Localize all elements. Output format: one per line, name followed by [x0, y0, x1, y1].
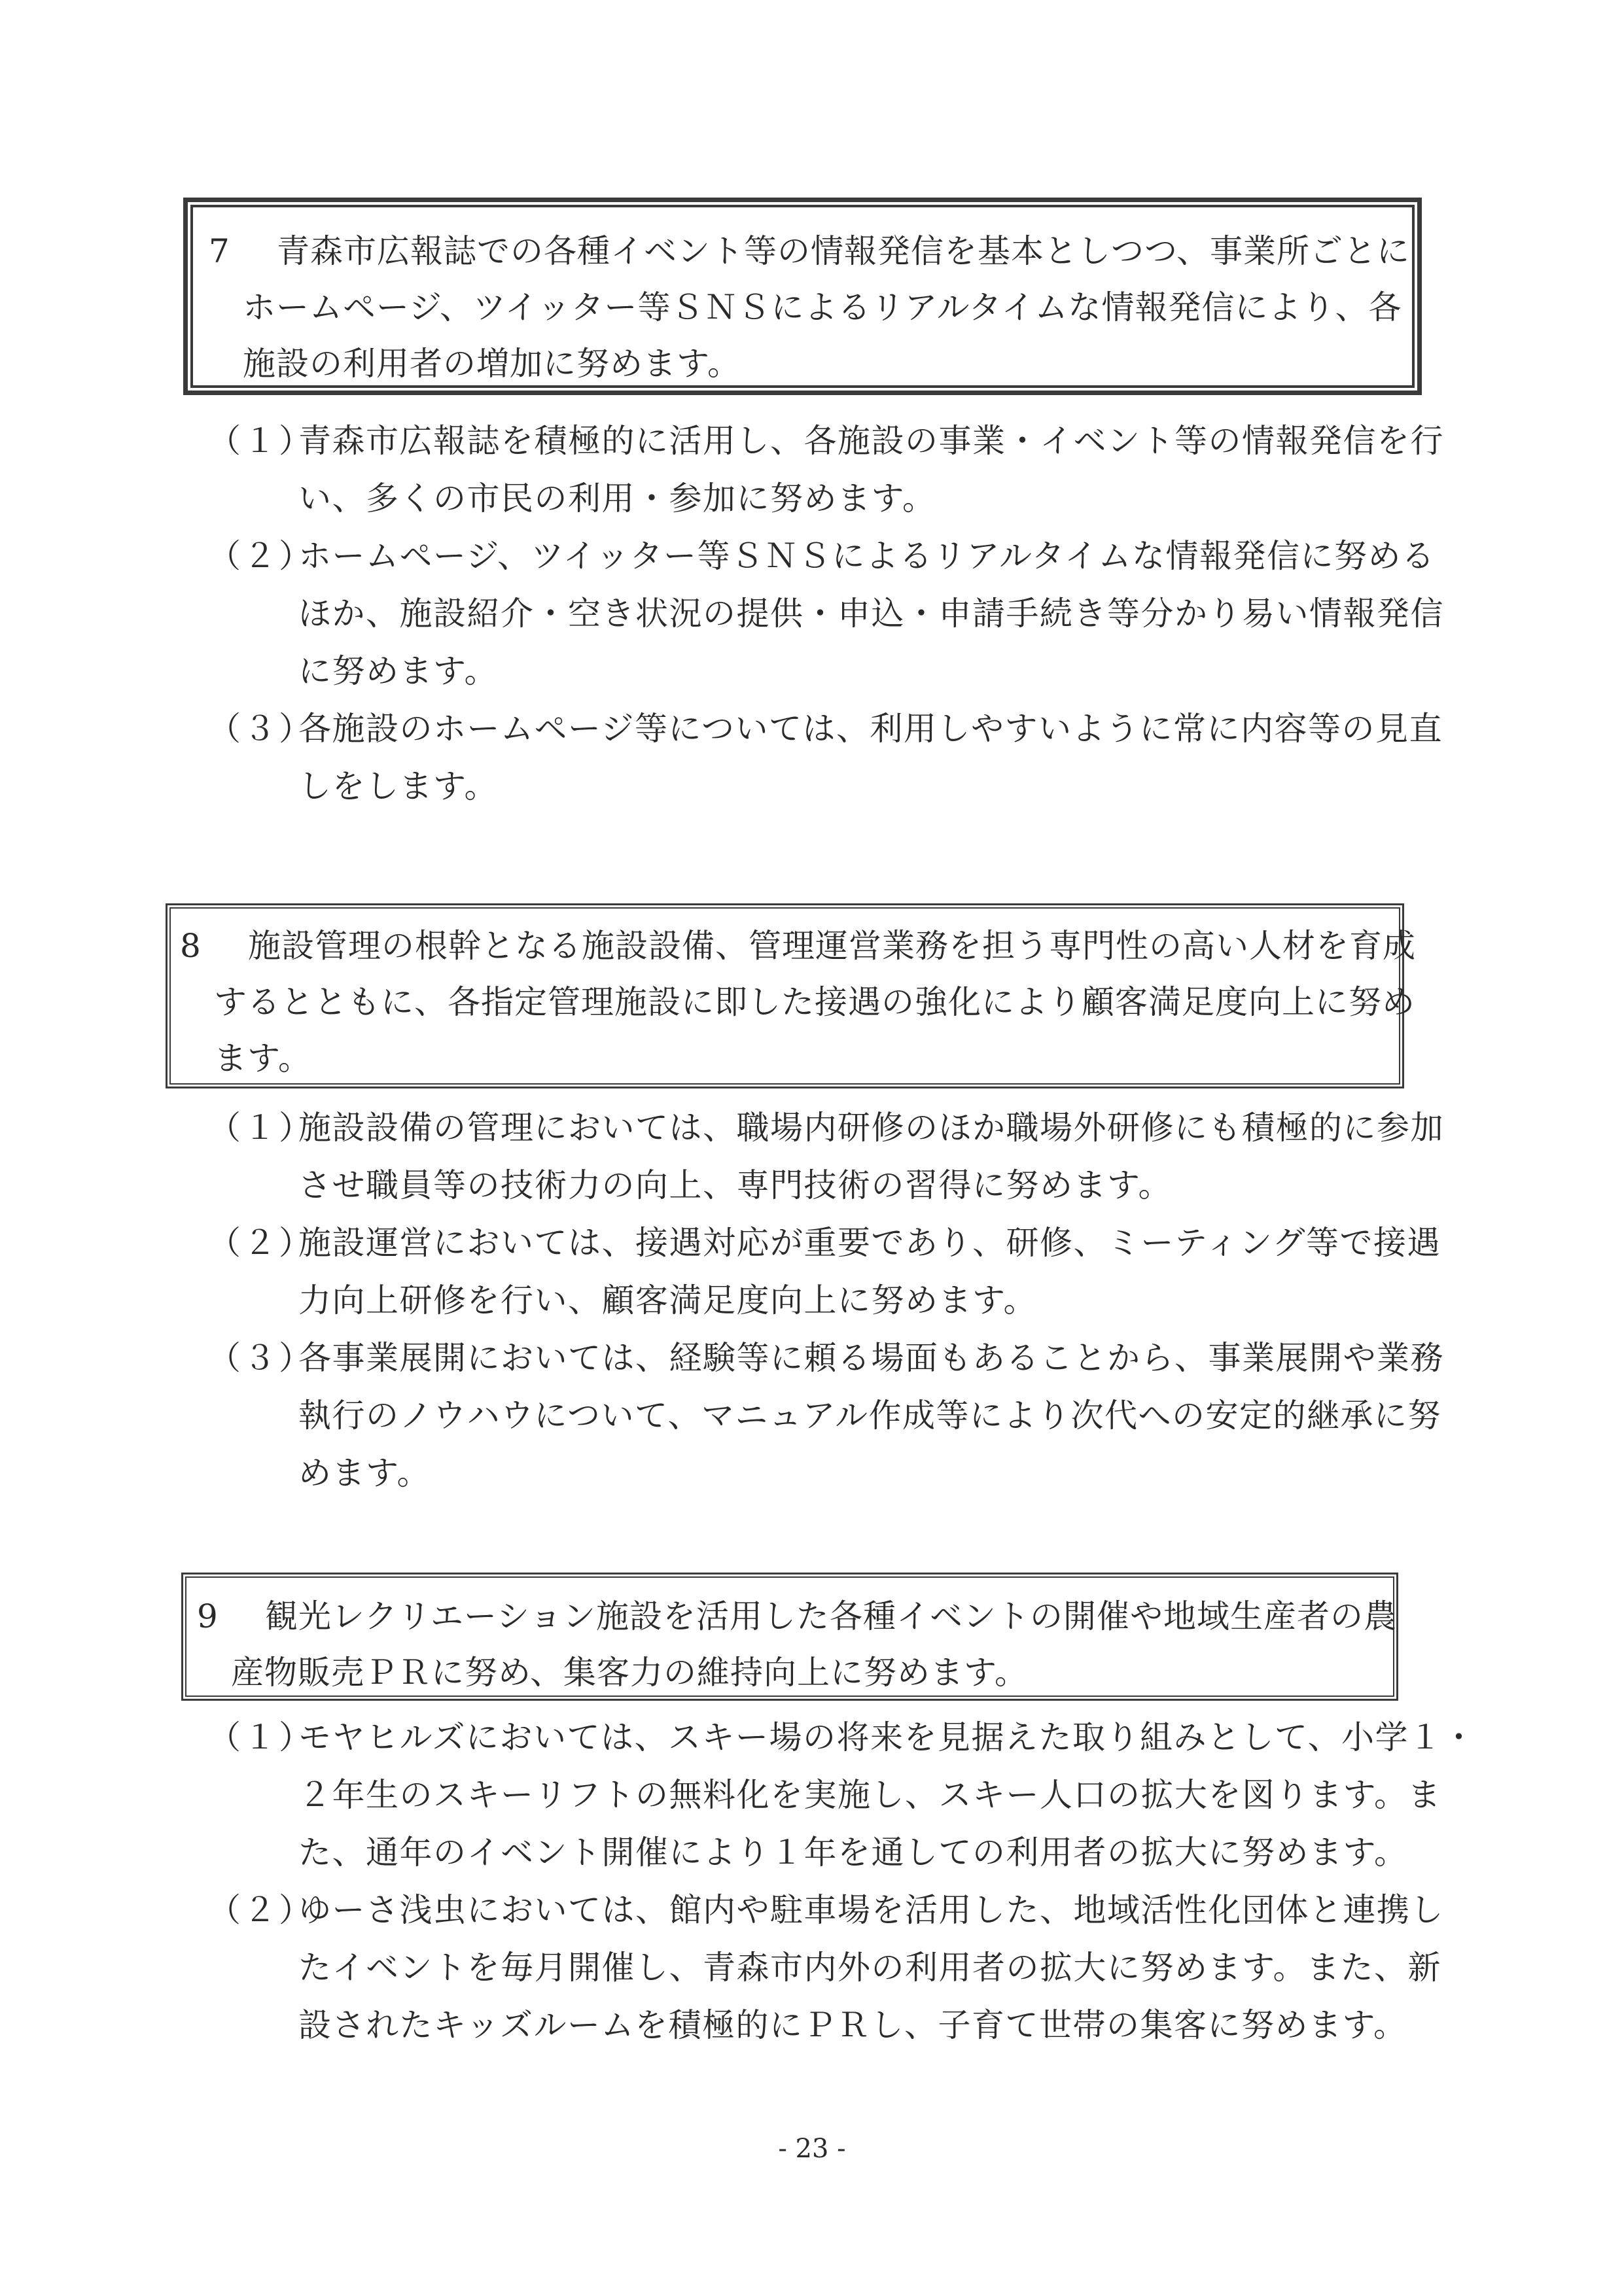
- item-line: たイベントを毎月開催し、青森市内外の利用者の拡大に努めます。また、新: [208, 1939, 1476, 1996]
- item-marker: （１）: [208, 1099, 314, 1157]
- section-8-heading-line-1: 8施設管理の根幹となる施設設備、管理運営業務を担う専門性の高い人材を育成: [180, 918, 1386, 974]
- item-line: 執行のノウハウについて、マニュアル作成等により次代への安定的継承に努: [208, 1387, 1444, 1444]
- item-line: い、多くの市民の利用・参加に努めます。: [208, 470, 1444, 527]
- section-8-heading-box: 8施設管理の根幹となる施設設備、管理運営業務を担う専門性の高い人材を育成 すると…: [166, 903, 1404, 1088]
- item-line: 青森市広報誌を積極的に活用し、各施設の事業・イベント等の情報発信を行: [208, 412, 1444, 470]
- item-line: 力向上研修を行い、顧客満足度向上に努めます。: [208, 1272, 1444, 1329]
- item-marker: （２）: [208, 1881, 314, 1939]
- list-item: （１） 施設設備の管理においては、職場内研修のほか職場外研修にも積極的に参加 さ…: [208, 1099, 1444, 1214]
- item-line: ２年生のスキーリフトの無料化を実施し、スキー人口の拡大を図ります。ま: [208, 1766, 1476, 1824]
- list-item: （１） 青森市広報誌を積極的に活用し、各施設の事業・イベント等の情報発信を行 い…: [208, 412, 1444, 527]
- section-9-heading-line-2: 産物販売ＰＲに努め、集客力の維持向上に努めます。: [197, 1644, 1377, 1701]
- section-7-heading-line-2: ホームページ、ツイッター等ＳＮＳによるリアルタイムな情報発信により、各: [209, 279, 1387, 336]
- section-8-heading-inner: 8施設管理の根幹となる施設設備、管理運営業務を担う専門性の高い人材を育成 すると…: [169, 907, 1400, 1085]
- item-line: しをします。: [208, 757, 1444, 815]
- list-item: （３） 各施設のホームページ等については、利用しやすいように常に内容等の見直 し…: [208, 700, 1444, 815]
- item-line: ゆーさ浅虫においては、館内や駐車場を活用した、地域活性化団体と連携し: [208, 1881, 1476, 1939]
- section-9-heading-text-1: 観光レクリエーション施設を活用した各種イベントの開催や地域生産者の農: [265, 1597, 1397, 1635]
- list-item: （１） モヤヒルズにおいては、スキー場の将来を見据えた取り組みとして、小学１・ …: [208, 1709, 1476, 1881]
- item-marker: （１）: [208, 1709, 314, 1766]
- item-line: ホームページ、ツイッター等ＳＮＳによるリアルタイムな情報発信に努める: [208, 527, 1444, 585]
- item-line: めます。: [208, 1444, 1444, 1502]
- document-page: 7青森市広報誌での各種イベント等の情報発信を基本としつつ、事業所ごとに ホームペ…: [0, 0, 1624, 2296]
- item-line: モヤヒルズにおいては、スキー場の将来を見据えた取り組みとして、小学１・: [208, 1709, 1476, 1766]
- section-7-heading-line-1: 7青森市広報誌での各種イベント等の情報発信を基本としつつ、事業所ごとに: [209, 223, 1387, 279]
- section-7-heading-box: 7青森市広報誌での各種イベント等の情報発信を基本としつつ、事業所ごとに ホームペ…: [183, 198, 1422, 395]
- section-7-number: 7: [209, 223, 277, 279]
- item-marker: （１）: [208, 412, 314, 470]
- section-9-heading-line-1: 9観光レクリエーション施設を活用した各種イベントの開催や地域生産者の農: [197, 1588, 1377, 1644]
- item-marker: （３）: [208, 1329, 314, 1387]
- section-8-heading-line-2: するとともに、各指定管理施設に即した接遇の強化により顧客満足度向上に努め: [180, 974, 1386, 1030]
- section-8-heading-line-3: ます。: [180, 1030, 1386, 1087]
- item-line: ほか、施設紹介・空き状況の提供・申込・申請手続き等分かり易い情報発信: [208, 585, 1444, 642]
- item-line: 設されたキッズルームを積極的にＰＲし、子育て世帯の集客に努めます。: [208, 1996, 1476, 2054]
- section-9-heading-inner: 9観光レクリエーション施設を活用した各種イベントの開催や地域生産者の農 産物販売…: [185, 1576, 1394, 1697]
- section-8-items: （１） 施設設備の管理においては、職場内研修のほか職場外研修にも積極的に参加 さ…: [208, 1099, 1444, 1502]
- section-8-heading-text-1: 施設管理の根幹となる施設設備、管理運営業務を担う専門性の高い人材を育成: [248, 927, 1416, 965]
- section-9-heading-box: 9観光レクリエーション施設を活用した各種イベントの開催や地域生産者の農 産物販売…: [181, 1573, 1398, 1701]
- item-line: 各事業展開においては、経験等に頼る場面もあることから、事業展開や業務: [208, 1329, 1444, 1387]
- list-item: （２） ゆーさ浅虫においては、館内や駐車場を活用した、地域活性化団体と連携し た…: [208, 1881, 1476, 2054]
- item-line: させ職員等の技術力の向上、専門技術の習得に努めます。: [208, 1157, 1444, 1214]
- item-marker: （３）: [208, 700, 314, 757]
- section-9-number: 9: [197, 1588, 265, 1644]
- item-marker: （２）: [208, 527, 314, 585]
- list-item: （２） 施設運営においては、接遇対応が重要であり、研修、ミーティング等で接遇 力…: [208, 1214, 1444, 1329]
- list-item: （２） ホームページ、ツイッター等ＳＮＳによるリアルタイムな情報発信に努める ほ…: [208, 527, 1444, 700]
- item-line: に努めます。: [208, 642, 1444, 700]
- section-9-items: （１） モヤヒルズにおいては、スキー場の将来を見据えた取り組みとして、小学１・ …: [208, 1709, 1476, 2054]
- section-7-heading-line-3: 施設の利用者の増加に努めます。: [209, 336, 1387, 392]
- item-marker: （２）: [208, 1214, 314, 1272]
- section-7-heading-inner: 7青森市広報誌での各種イベント等の情報発信を基本としつつ、事業所ごとに ホームペ…: [190, 205, 1415, 388]
- item-line: 施設運営においては、接遇対応が重要であり、研修、ミーティング等で接遇: [208, 1214, 1444, 1272]
- item-line: 施設設備の管理においては、職場内研修のほか職場外研修にも積極的に参加: [208, 1099, 1444, 1157]
- item-line: た、通年のイベント開催により１年を通しての利用者の拡大に努めます。: [208, 1824, 1476, 1881]
- list-item: （３） 各事業展開においては、経験等に頼る場面もあることから、事業展開や業務 執…: [208, 1329, 1444, 1502]
- section-7-items: （１） 青森市広報誌を積極的に活用し、各施設の事業・イベント等の情報発信を行 い…: [208, 412, 1444, 815]
- item-line: 各施設のホームページ等については、利用しやすいように常に内容等の見直: [208, 700, 1444, 757]
- section-8-number: 8: [180, 918, 248, 974]
- section-7-heading-text-1: 青森市広報誌での各種イベント等の情報発信を基本としつつ、事業所ごとに: [277, 232, 1410, 270]
- page-number: - 23 -: [0, 2134, 1624, 2164]
